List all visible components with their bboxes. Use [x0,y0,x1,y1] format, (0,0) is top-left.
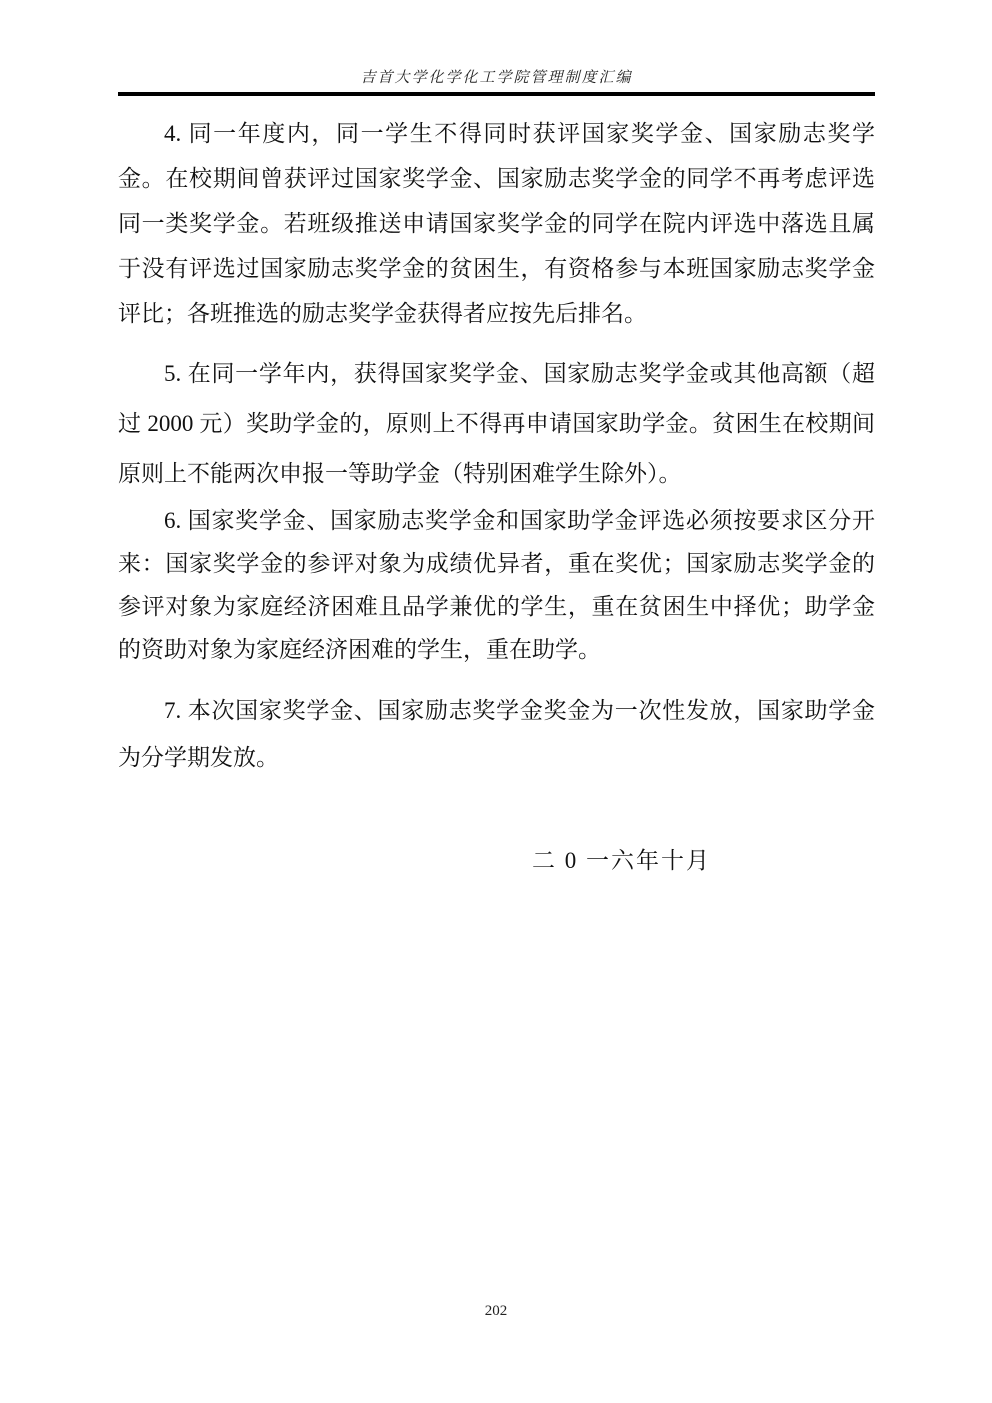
paragraph-item-7: 7. 本次国家奖学金、国家励志奖学金奖金为一次性发放，国家助学金为分学期发放。 [118,687,875,781]
header-rule-divider [118,92,875,96]
page-header: 吉首大学化学化工学院管理制度汇编 [118,0,875,96]
header-title: 吉首大学化学化工学院管理制度汇编 [118,0,875,87]
document-body: 4. 同一年度内，同一学生不得同时获评国家奖学金、国家励志奖学金。在校期间曾获评… [118,97,875,872]
paragraph-item-5: 5. 在同一学年内，获得国家奖学金、国家励志奖学金或其他高额（超过 2000 元… [118,349,875,499]
paragraph-item-4: 4. 同一年度内，同一学生不得同时获评国家奖学金、国家励志奖学金。在校期间曾获评… [118,111,875,336]
paragraph-item-6: 6. 国家奖学金、国家励志奖学金和国家助学金评选必须按要求区分开来：国家奖学金的… [118,499,875,671]
page-number: 202 [0,1302,992,1320]
document-page: 吉首大学化学化工学院管理制度汇编 4. 同一年度内，同一学生不得同时获评国家奖学… [0,0,992,1403]
signature-date: 二 0 一六年十月 [118,849,875,872]
